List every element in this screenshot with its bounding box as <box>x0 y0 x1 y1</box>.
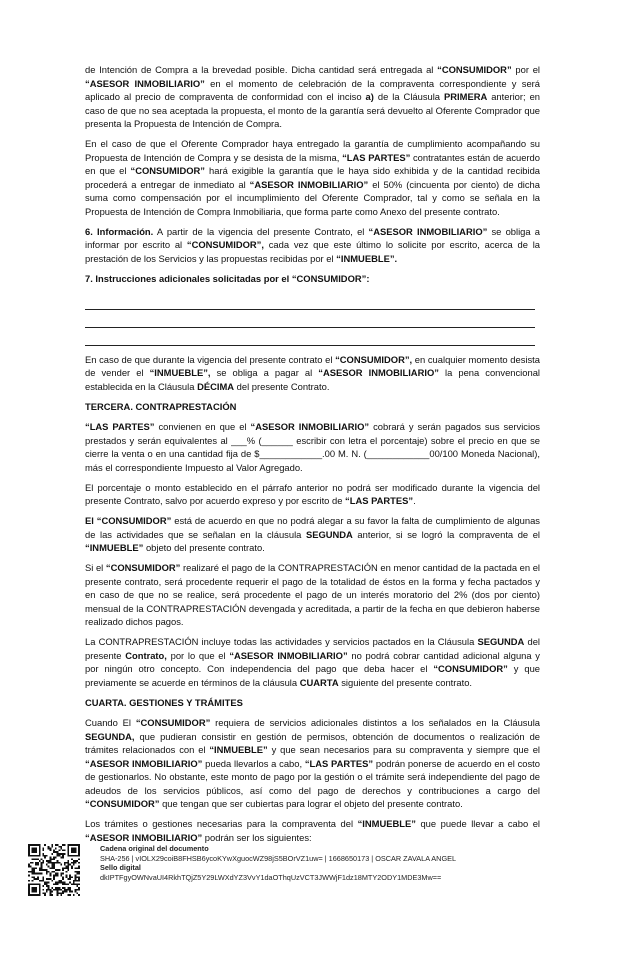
text: objeto del presente contrato. <box>143 542 264 553</box>
bold-text: “INMUEBLE” <box>358 818 416 829</box>
text: podrán ser los siguientes: <box>202 832 311 843</box>
bold-text: CUARTA <box>300 677 339 688</box>
text: El porcentaje o monto establecido en el … <box>85 482 540 507</box>
text: requiera de servicios adicionales distin… <box>210 717 540 728</box>
text: Cuando El <box>85 717 136 728</box>
bold-text: SEGUNDA, <box>85 731 134 742</box>
bold-text: “CONSUMIDOR” <box>136 717 210 728</box>
text: del presente Contrato. <box>234 381 329 392</box>
bold-text: “CONSUMIDOR” <box>131 165 205 176</box>
bold-text: CUARTA. GESTIONES Y TRÁMITES <box>85 697 243 708</box>
clause-paragraph: El “CONSUMIDOR” está de acuerdo en que n… <box>85 514 540 555</box>
bold-text: 6. Información. <box>85 226 153 237</box>
bold-text: “INMUEBLE”, <box>150 367 211 378</box>
signature-block: Cadena original del documento SHA-256 | … <box>100 844 456 882</box>
bold-text: “ASESOR INMOBILIARIO” <box>318 367 439 378</box>
bold-text: El “CONSUMIDOR” <box>85 515 171 526</box>
bold-text: “CONSUMIDOR” <box>106 562 180 573</box>
text: La CONTRAPRESTACIÓN incluye todas las ac… <box>85 636 477 647</box>
text: por el <box>512 64 540 75</box>
clause-paragraph: Los trámites o gestiones necesarias para… <box>85 817 540 844</box>
clause-paragraph: El porcentaje o monto establecido en el … <box>85 481 540 508</box>
chain-value: SHA-256 | vIOLX29coiB8FHSB6ycoKYwXguocWZ… <box>100 854 456 864</box>
bold-text: “ASESOR INMOBILIARIO” <box>369 226 488 237</box>
bold-text: “LAS PARTES” <box>342 152 410 163</box>
clause-paragraph: “LAS PARTES” convienen en que el “ASESOR… <box>85 420 540 474</box>
bold-text: a) <box>366 91 374 102</box>
bold-text: “ASESOR INMOBILIARIO” <box>229 650 347 661</box>
text: por lo que el <box>167 650 229 661</box>
text: y que sean necesarios para su compravent… <box>268 744 540 755</box>
text: que tengan que ser cubiertas para lograr… <box>159 798 462 809</box>
bold-text: TERCERA. CONTRAPRESTACIÓN <box>85 401 236 412</box>
section-heading: CUARTA. GESTIONES Y TRÁMITES <box>85 696 540 710</box>
fill-in-line <box>85 328 535 346</box>
bold-text: “CONSUMIDOR” <box>437 64 511 75</box>
text: En caso de que durante la vigencia del p… <box>85 354 335 365</box>
section-heading: 7. Instrucciones adicionales solicitadas… <box>85 272 540 286</box>
text: Los trámites o gestiones necesarias para… <box>85 818 358 829</box>
clause-paragraph: de Intención de Compra a la brevedad pos… <box>85 63 540 131</box>
bold-text: “ASESOR INMOBILIARIO” <box>85 78 205 89</box>
text: de Intención de Compra a la brevedad pos… <box>85 64 437 75</box>
text: siguiente del presente contrato. <box>339 677 472 688</box>
bold-text: PRIMERA <box>444 91 487 102</box>
clause-paragraph: La CONTRAPRESTACIÓN incluye todas las ac… <box>85 635 540 689</box>
clause-paragraph: Cuando El “CONSUMIDOR” requiera de servi… <box>85 716 540 811</box>
bold-text: DÉCIMA <box>197 381 234 392</box>
clause-paragraph: En el caso de que el Oferente Comprador … <box>85 137 540 218</box>
chain-label: Cadena original del documento <box>100 844 456 854</box>
clause-paragraph: 6. Información. A partir de la vigencia … <box>85 225 540 266</box>
bold-text: “ASESOR INMOBILIARIO” <box>251 421 370 432</box>
bold-text: “ASESOR INMOBILIARIO” <box>85 832 202 843</box>
bold-text: “CONSUMIDOR”, <box>335 354 412 365</box>
bold-text: “ASESOR INMOBILIARIO” <box>85 758 202 769</box>
instructions-fill-lines <box>85 292 540 346</box>
fill-in-line <box>85 310 535 328</box>
text: de la Cláusula <box>374 91 444 102</box>
bold-text: “CONSUMIDOR” <box>85 798 159 809</box>
text: . <box>413 495 416 506</box>
bold-text: “LAS PARTES” <box>305 758 373 769</box>
section-heading: TERCERA. CONTRAPRESTACIÓN <box>85 400 540 414</box>
text: convienen en que el <box>154 421 250 432</box>
seal-label: Sello digital <box>100 863 456 873</box>
contract-page-body: de Intención de Compra a la brevedad pos… <box>85 63 540 851</box>
bold-text: SEGUNDA <box>477 636 524 647</box>
qr-code-icon <box>28 844 80 896</box>
bold-text: 7. Instrucciones adicionales solicitadas… <box>85 273 369 284</box>
bold-text: Contrato, <box>125 650 167 661</box>
bold-text: “LAS PARTES” <box>345 495 413 506</box>
digital-signature-footer: Cadena original del documento SHA-256 | … <box>28 844 608 904</box>
text: A partir de la vigencia del presente Con… <box>153 226 368 237</box>
text: pueda llevarlos a cabo, <box>202 758 304 769</box>
text: Si el <box>85 562 106 573</box>
clause-paragraph: En caso de que durante la vigencia del p… <box>85 353 540 394</box>
bold-text: “CONSUMIDOR”, <box>187 239 264 250</box>
bold-text: “LAS PARTES” <box>85 421 154 432</box>
bold-text: SEGUNDA <box>306 529 353 540</box>
fill-in-line <box>85 292 535 310</box>
text: que puede llevar a cabo el <box>416 818 540 829</box>
text: se obliga a pagar al <box>211 367 319 378</box>
text: anterior, si se logró la compraventa de … <box>353 529 540 540</box>
bold-text: “ASESOR INMOBILIARIO” <box>250 179 369 190</box>
clause-paragraph: Si el “CONSUMIDOR” realizaré el pago de … <box>85 561 540 629</box>
bold-text: “INMUEBLE”. <box>336 253 397 264</box>
seal-value: dkIPTFgyOWNvaUI4RkhTQjZ5Y29LWXdYZ3VvY1da… <box>100 873 456 883</box>
bold-text: “CONSUMIDOR” <box>433 663 507 674</box>
bold-text: “INMUEBLE” <box>85 542 143 553</box>
bold-text: “INMUEBLE” <box>209 744 267 755</box>
